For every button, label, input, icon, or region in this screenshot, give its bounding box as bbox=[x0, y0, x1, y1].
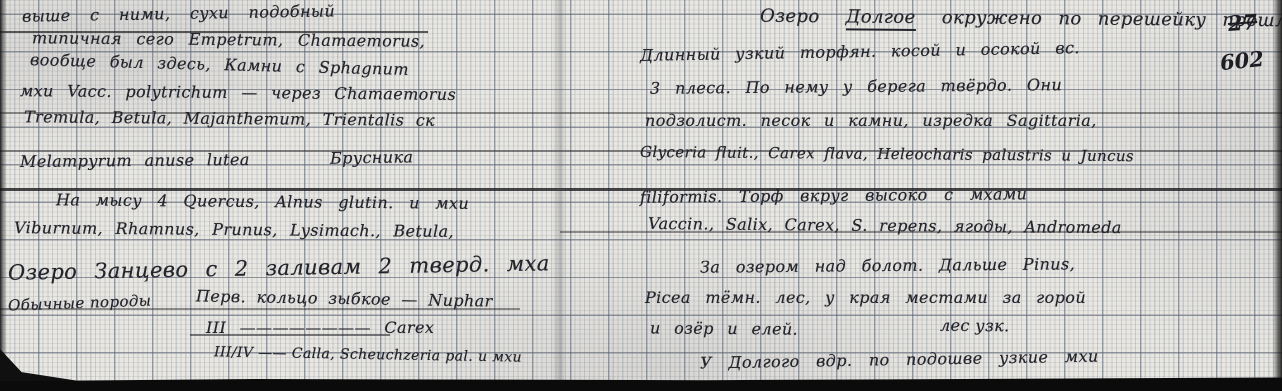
handwriting-line: подзолист. песок и камни, изредка Sagitt… bbox=[645, 113, 1097, 129]
handwriting-line: выше с ними, сухи подобный bbox=[22, 3, 335, 24]
handwriting-line: III/IV —— Calla, Scheuchzeria pal. и мхи bbox=[214, 345, 522, 364]
struck-page-number: 27 bbox=[1227, 9, 1258, 36]
handwriting-line: Длинный узкий торфян. косой и осокой вс. bbox=[640, 40, 1080, 64]
handwriting-header: Озеро Долгое окружено по перешейку прошл… bbox=[760, 8, 1282, 31]
handwriting-line: и озёр и елей. bbox=[650, 320, 798, 337]
handwriting-line: Vaccin., Salix, Carex, S. repens, ягоды,… bbox=[648, 216, 1122, 236]
handwriting-line: Glyceria fluit., Carex flava, Heleochari… bbox=[640, 145, 1134, 164]
handwriting-line: лес узк. bbox=[940, 318, 1010, 335]
notebook-scan: выше с ними, сухи подобный типичная сего… bbox=[0, 0, 1282, 391]
handwriting-line: Viburnum, Rhamnus, Prunus, Lysimach., Be… bbox=[14, 220, 454, 240]
handwriting-line: III ———————— Carex bbox=[206, 320, 434, 336]
lake-name-prefix: Озеро bbox=[760, 6, 820, 28]
handwriting-line: За озером над болот. Дальше Pinus, bbox=[700, 256, 1075, 275]
handwriting-line: На мысу 4 Quercus, Alnus glutin. и мхи bbox=[56, 192, 469, 212]
page-number: 602 bbox=[1219, 46, 1265, 75]
handwriting-line: типичная сего Empetrum, Chamaemorus, bbox=[32, 30, 425, 49]
scan-edge-left bbox=[0, 0, 7, 391]
handwriting-line: Tremula, Betula, Majanthemum, Trientalis… bbox=[24, 109, 435, 129]
handwriting-line: Melampyrum anuse lutea bbox=[20, 152, 250, 170]
handwriting-line: У Долгого вдр. по подошве узкие мхи bbox=[700, 349, 1099, 372]
handwriting-line: 3 плеса. По нему у берега твёрдо. Они bbox=[650, 77, 1062, 97]
scan-corner-bottom-left bbox=[0, 349, 120, 391]
scan-edge-right bbox=[1272, 0, 1282, 391]
handwriting-line: вообще был здесь, Камни с Sphagnum bbox=[30, 52, 409, 78]
handwriting-line: Обычные породы bbox=[8, 294, 152, 314]
handwriting-line: filiformis. Торф вкруг высоко с мхами bbox=[640, 186, 1027, 205]
handwriting-line: Озеро Занцево с 2 заливам 2 тверд. мха bbox=[8, 253, 550, 283]
lake-name-underlined: Долгое bbox=[846, 6, 916, 31]
scan-edge-bottom bbox=[0, 376, 1282, 391]
handwriting-line: мхи Vacc. polytrichum — через Chamaemoru… bbox=[20, 83, 456, 103]
handwriting-line: Перв. кольцо зыбкое — Nuphar bbox=[196, 288, 493, 309]
handwriting-line: Picea тёмн. лес, у края местами за горой bbox=[645, 290, 1086, 306]
handwriting-line: Брусника bbox=[330, 149, 414, 166]
page-fold bbox=[552, 0, 566, 391]
